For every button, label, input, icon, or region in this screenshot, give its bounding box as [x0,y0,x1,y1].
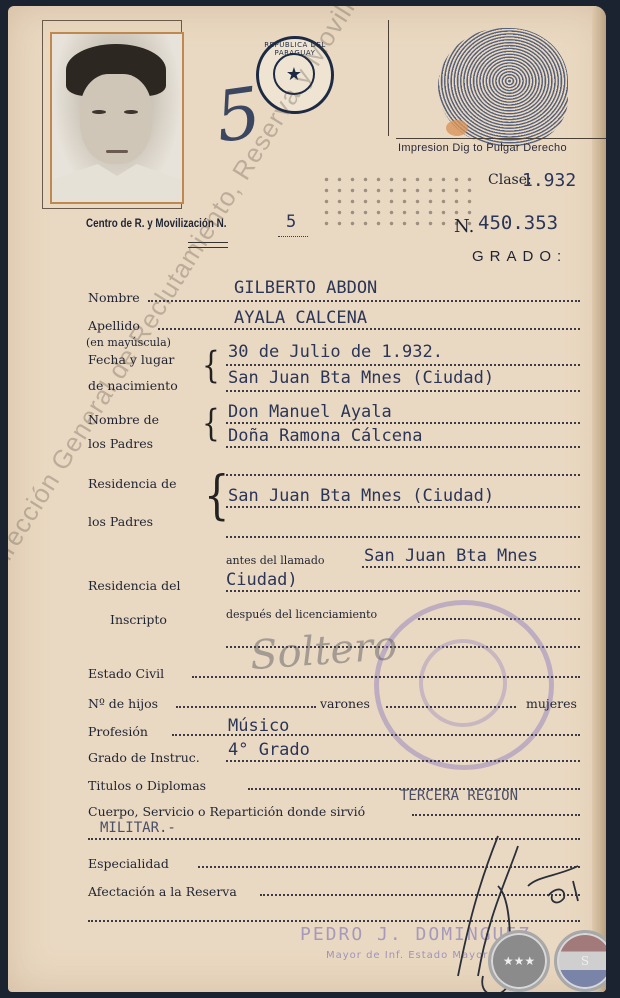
res-padres-label-2: los Padres [88,514,153,529]
lugar-value: San Juan Bta Mnes (Ciudad) [228,368,494,388]
grado-instruc-label: Grado de Instruc. [88,750,200,765]
antes-value: San Juan Bta Mnes [364,546,538,566]
afectacion-label: Afectación a la Reserva [88,884,237,899]
hijos-label: Nº de hijos [88,696,158,711]
antes-value-2: Ciudad) [226,570,298,590]
inscripto-label: Inscripto [110,612,167,627]
res-padres-value: San Juan Bta Mnes (Ciudad) [228,486,494,506]
page-edge [592,6,606,992]
antes-label: antes del llamado [226,554,325,567]
fingerprint-box [390,20,606,136]
apellido-value: AYALA CALCENA [234,308,367,328]
especialidad-label: Especialidad [88,856,169,871]
despues-label: después del licenciamiento [226,608,377,621]
id-card-page: REPUBLICA DEL PARAGUAY ★ 5 Impresion Dig… [8,6,606,992]
nombre-value: GILBERTO ABDON [234,278,377,298]
titulos-label: Titulos o Diplomas [88,778,206,793]
clase-value: 1.932 [522,170,576,191]
padres-label-2: los Padres [88,436,153,451]
varones-label: varones [320,696,370,711]
cuerpo-value: TERCERA REGION [400,788,518,804]
fecha-value: 30 de Julio de 1.932. [228,342,443,362]
madre-value: Doña Ramona Cálcena [228,426,422,446]
cuerpo-value-2: MILITAR.- [100,820,176,836]
cuerpo-label: Cuerpo, Servicio o Repartición donde sir… [88,804,365,819]
profesion-value: Músico [228,716,289,736]
nombre-label: Nombre [88,290,140,305]
profesion-label: Profesión [88,724,148,739]
estado-civil-label: Estado Civil [88,666,164,681]
archive-badge-stars-icon: ★★★ [488,930,550,992]
grado-label: GRADO: [472,248,567,265]
mujeres-label: mujeres [526,696,577,711]
numero-label: N. [454,216,474,237]
padre-value: Don Manuel Ayala [228,402,392,422]
res-inscripto-label: Residencia del [88,578,181,593]
fingerprint-label: Impresion Dig to Pulgar Derecho [398,142,567,154]
grado-instruc-value: 4° Grado [228,740,310,760]
official-stamp [374,600,554,770]
res-padres-label: Residencia de [88,476,177,491]
portrait-photo [50,32,184,204]
numero-value: 450.353 [478,212,558,234]
centro-value: 5 [286,212,296,232]
